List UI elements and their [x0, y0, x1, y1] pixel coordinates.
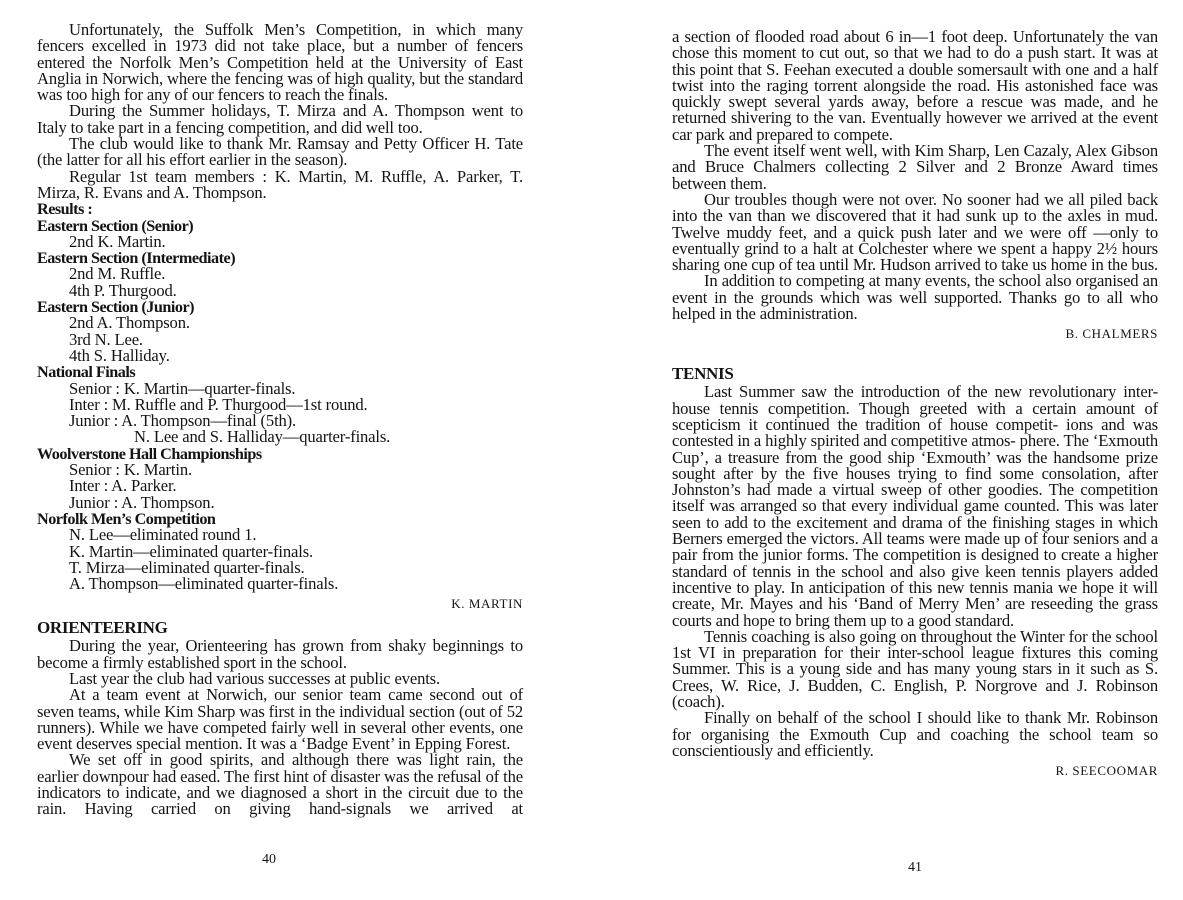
results-group-norfolk: Norfolk Men’s Competition N. Lee—elimina…: [37, 511, 523, 592]
fencing-paragraph: During the Summer holidays, T. Mirza and…: [37, 103, 523, 136]
tennis-paragraph: Last Summer saw the introduction of the …: [672, 384, 1158, 628]
team-members-paragraph: Regular 1st team members : K. Martin, M.…: [37, 169, 523, 202]
orienteering-continued-paragraph: Our troubles though were not over. No so…: [672, 192, 1158, 273]
orienteering-continued-paragraph: a section of flooded road about 6 in—1 f…: [672, 29, 1158, 143]
orienteering-paragraph: We set off in good spirits, and although…: [37, 752, 523, 817]
result-line: 2nd K. Martin.: [37, 234, 523, 250]
orienteering-continued-paragraph: In addition to competing at many events,…: [672, 273, 1158, 322]
result-line: A. Thompson—eliminated quarter-finals.: [37, 576, 523, 592]
results-group-national-finals: National Finals Senior : K. Martin—quart…: [37, 364, 523, 445]
fencing-paragraph: Unfortunately, the Suffolk Men’s Competi…: [37, 22, 523, 103]
result-line: 4th S. Halliday.: [37, 348, 523, 364]
orienteering-paragraph: At a team event at Norwich, our senior t…: [37, 687, 523, 752]
fencing-paragraph: The club would like to thank Mr. Ramsay …: [37, 136, 523, 169]
page-41: a section of flooded road about 6 in—1 f…: [672, 29, 1158, 779]
orienteering-paragraph: During the year, Orienteering has grown …: [37, 638, 523, 671]
results-group-eastern-intermediate: Eastern Section (Intermediate) 2nd M. Ru…: [37, 250, 523, 299]
orienteering-signature: B. CHALMERS: [672, 326, 1158, 342]
tennis-signature: R. SEECOOMAR: [672, 763, 1158, 779]
result-line: 4th P. Thurgood.: [37, 283, 523, 299]
page-number-40: 40: [262, 852, 276, 868]
result-line: Junior : A. Thompson.: [37, 495, 523, 511]
tennis-paragraph: Finally on behalf of the school I should…: [672, 710, 1158, 759]
results-label: Results :: [37, 201, 523, 217]
tennis-heading: TENNIS: [672, 364, 1158, 384]
results-group-eastern-senior: Eastern Section (Senior) 2nd K. Martin.: [37, 218, 523, 251]
page-number-41: 41: [908, 860, 922, 876]
orienteering-continued-paragraph: The event itself went well, with Kim Sha…: [672, 143, 1158, 192]
results-group-eastern-junior: Eastern Section (Junior) 2nd A. Thompson…: [37, 299, 523, 364]
tennis-paragraph: Tennis coaching is also going on through…: [672, 629, 1158, 710]
page-40: Unfortunately, the Suffolk Men’s Competi…: [37, 22, 523, 818]
result-line-continuation: N. Lee and S. Halliday—quarter-finals.: [37, 429, 523, 445]
results-group-woolverstone: Woolverstone Hall Championships Senior :…: [37, 446, 523, 511]
orienteering-heading: ORIENTEERING: [37, 618, 523, 638]
fencing-signature: K. MARTIN: [37, 596, 523, 612]
